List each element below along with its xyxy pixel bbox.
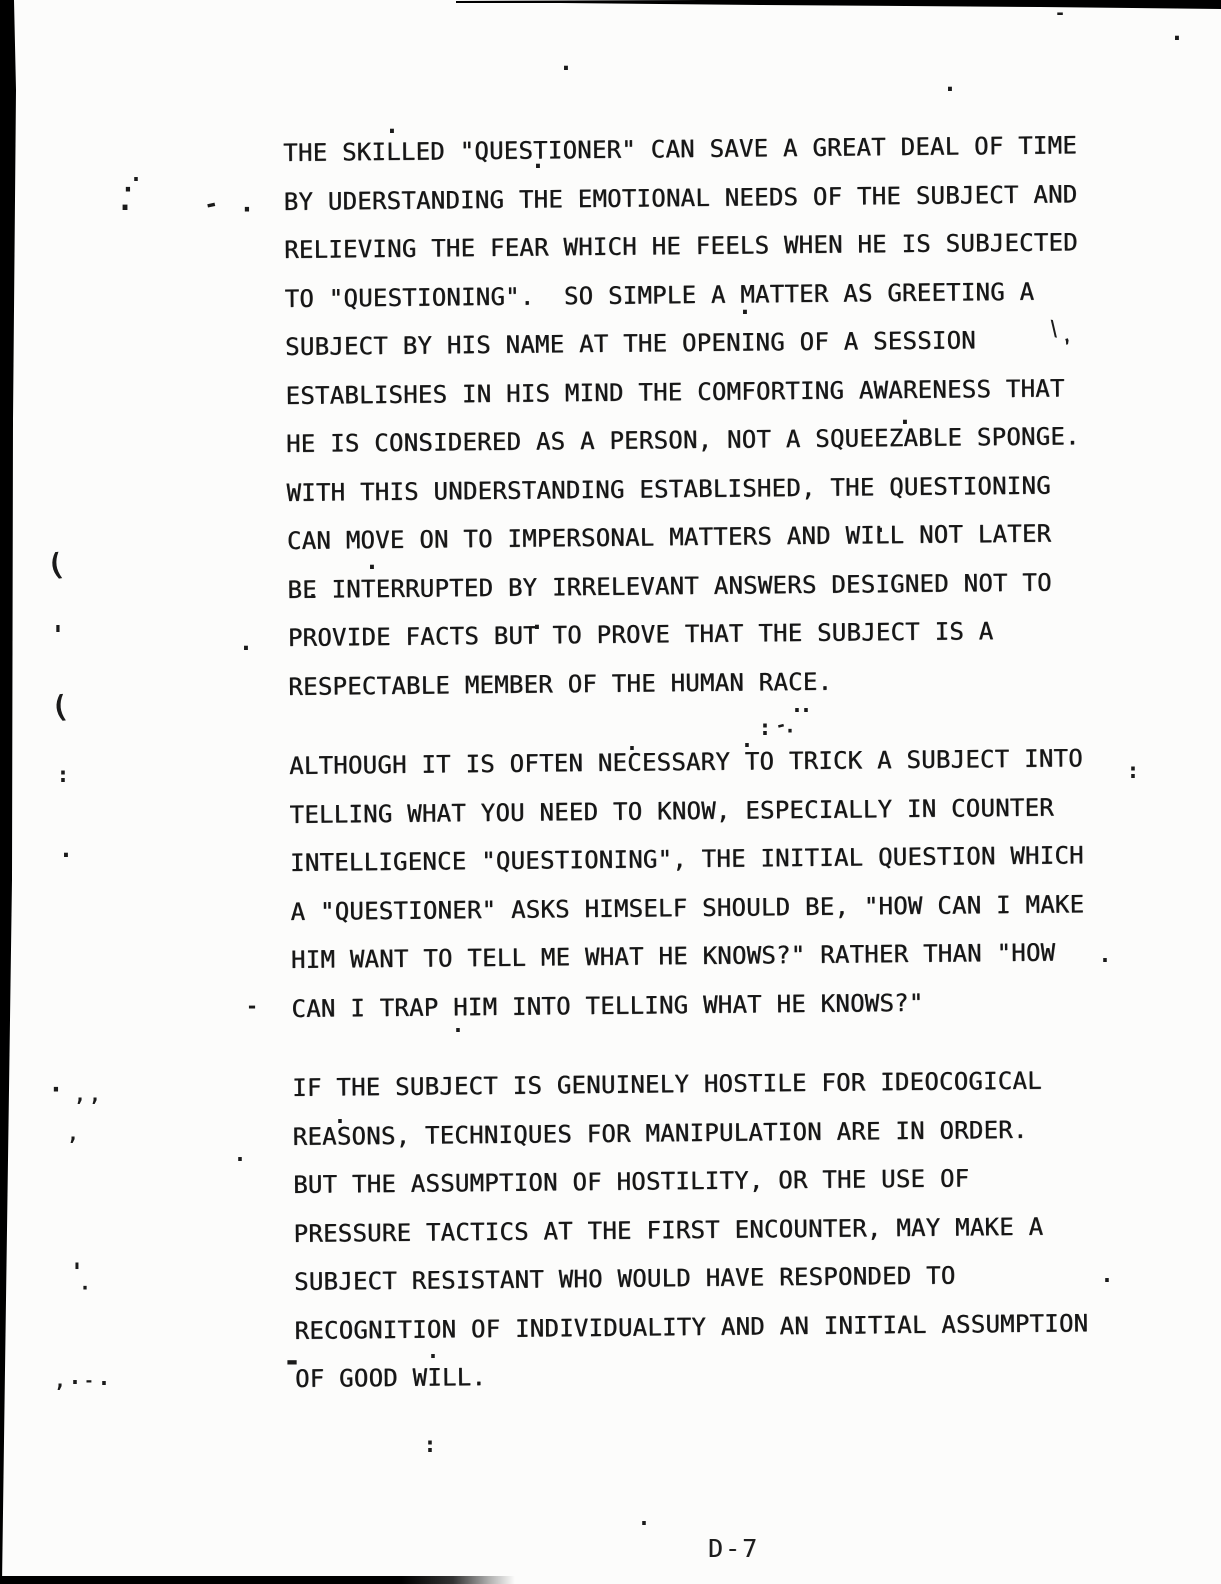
scan-speck: · <box>1170 26 1184 50</box>
text-line: RESPECTABLE MEMBER OF THE HUMAN RACE. <box>288 654 1128 711</box>
text-line: HE IS CONSIDERED AS A PERSON, NOT A SQUE… <box>286 412 1126 469</box>
document-body-text: THE SKILLED "QUESTIONER" CAN SAVE A GREA… <box>283 121 1135 1435</box>
scan-speck: · <box>740 736 753 758</box>
text-line: PRESSURE TACTICS AT THE FIRST ENCOUNTER,… <box>293 1201 1133 1258</box>
scan-speck: · <box>873 518 887 542</box>
scan-speck: · <box>79 1278 91 1298</box>
scan-speck: · <box>97 1374 110 1396</box>
scan-speck: : <box>1126 761 1139 783</box>
page-number: D-7 <box>708 1534 759 1563</box>
scan-speck: ( <box>45 550 67 582</box>
scan-speck: · <box>451 1021 464 1043</box>
scan-speck: · <box>365 555 379 579</box>
scan-speck: : <box>758 718 771 740</box>
scan-speck: , <box>89 1084 101 1104</box>
scan-edge-left-bar <box>0 0 17 1584</box>
text-line: OF GOOD WILL. <box>295 1347 1135 1404</box>
scan-edge-bottom-bar <box>0 1576 515 1584</box>
scan-speck: · <box>239 636 253 660</box>
scan-speck: · <box>68 1373 81 1395</box>
scan-speck: · <box>48 1077 64 1103</box>
text-line: RECOGNITION OF INDIVIDUALITY AND AN INIT… <box>294 1298 1134 1355</box>
scan-speck: - <box>201 191 220 217</box>
scan-speck: · <box>738 300 752 324</box>
scan-speck: , <box>54 1370 66 1390</box>
paragraph-2: ALTHOUGH IT IS OFTEN NECESSARY TO TRICK … <box>289 734 1132 1033</box>
scan-speck: ' <box>50 623 66 649</box>
scan-speck: · <box>898 410 912 434</box>
scan-speck: · <box>531 154 545 178</box>
scan-speck: · <box>116 194 134 224</box>
scan-speck: - <box>1055 5 1066 23</box>
scan-speck: · <box>943 77 957 101</box>
scan-speck: · <box>559 56 573 80</box>
text-line: REASONS, TECHNIQUES FOR MANIPULATION ARE… <box>292 1104 1132 1161</box>
paragraph-3: IF THE SUBJECT IS GENUINELY HOSTILE FOR … <box>292 1056 1135 1404</box>
scan-speck: - <box>246 996 258 1016</box>
text-line: PROVIDE FACTS BUT TO PROVE THAT THE SUBJ… <box>288 606 1128 663</box>
scan-speck: - <box>84 1373 94 1389</box>
scan-speck: · <box>239 197 255 223</box>
scan-speck: · <box>784 721 796 741</box>
scan-speck: - <box>283 1347 301 1377</box>
text-line: CAN MOVE ON TO IMPERSONAL MATTERS AND WI… <box>287 509 1127 566</box>
text-line: A "QUESTIONER" ASKS HIMSELF SHOULD BE, "… <box>290 879 1130 936</box>
scan-speck: , <box>67 1123 79 1143</box>
scan-speck: ( <box>49 692 70 724</box>
text-line: RELIEVING THE FEAR WHICH HE FEELS WHEN H… <box>284 218 1124 275</box>
text-line: BE INTERRUPTED BY IRRELEVANT ANSWERS DES… <box>287 557 1127 614</box>
text-line: TO "QUESTIONING". SO SIMPLE A MATTER AS … <box>284 266 1124 323</box>
scan-speck: · <box>385 119 399 143</box>
text-line: BUT THE ASSUMPTION OF HOSTILITY, OR THE … <box>293 1153 1133 1210</box>
text-line: ALTHOUGH IT IS OFTEN NECESSARY TO TRICK … <box>289 734 1129 791</box>
text-line: CAN I TRAP HIM INTO TELLING WHAT HE KNOW… <box>291 976 1131 1033</box>
scan-speck: · <box>799 701 812 723</box>
text-line: THE SKILLED "QUESTIONER" CAN SAVE A GREA… <box>283 121 1123 178</box>
scan-speck: · <box>530 615 544 639</box>
scan-speck: · <box>1100 1271 1113 1293</box>
scanned-document-page: THE SKILLED "QUESTIONER" CAN SAVE A GREA… <box>0 0 1221 1584</box>
text-line: SUBJECT BY HIS NAME AT THE OPENING OF A … <box>285 315 1125 372</box>
text-line: HIM WANT TO TELL ME WHAT HE KNOWS?" RATH… <box>291 928 1131 985</box>
text-line: ESTABLISHES IN HIS MIND THE COMFORTING A… <box>285 363 1125 420</box>
scan-speck: · <box>333 1112 346 1134</box>
text-line: SUBJECT RESISTANT WHO WOULD HAVE RESPOND… <box>294 1250 1134 1307</box>
text-line: WITH THIS UNDERSTANDING ESTABLISHED, THE… <box>286 460 1126 517</box>
text-line: TELLING WHAT YOU NEED TO KNOW, ESPECIALL… <box>289 782 1129 839</box>
text-line: BY UDERSTANDING THE EMOTIONAL NEEDS OF T… <box>283 169 1123 226</box>
text-line: IF THE SUBJECT IS GENUINELY HOSTILE FOR … <box>292 1056 1132 1113</box>
scan-speck: · <box>306 587 319 609</box>
scan-speck: · <box>426 1347 439 1369</box>
scan-speck: · <box>625 739 638 761</box>
scan-speck: · <box>637 1514 650 1536</box>
scan-speck: : <box>56 765 69 787</box>
paragraph-1: THE SKILLED "QUESTIONER" CAN SAVE A GREA… <box>283 121 1129 711</box>
scan-speck: · <box>129 170 142 192</box>
scan-speck: · <box>233 1150 246 1172</box>
scan-speck: , <box>74 1084 86 1104</box>
scan-speck: · <box>59 843 73 867</box>
text-line: INTELLIGENCE "QUESTIONING", THE INITIAL … <box>290 831 1130 888</box>
scan-speck: · <box>1098 951 1111 973</box>
scan-edge-top-bar <box>0 0 1221 10</box>
scan-speck: : <box>423 1435 436 1457</box>
